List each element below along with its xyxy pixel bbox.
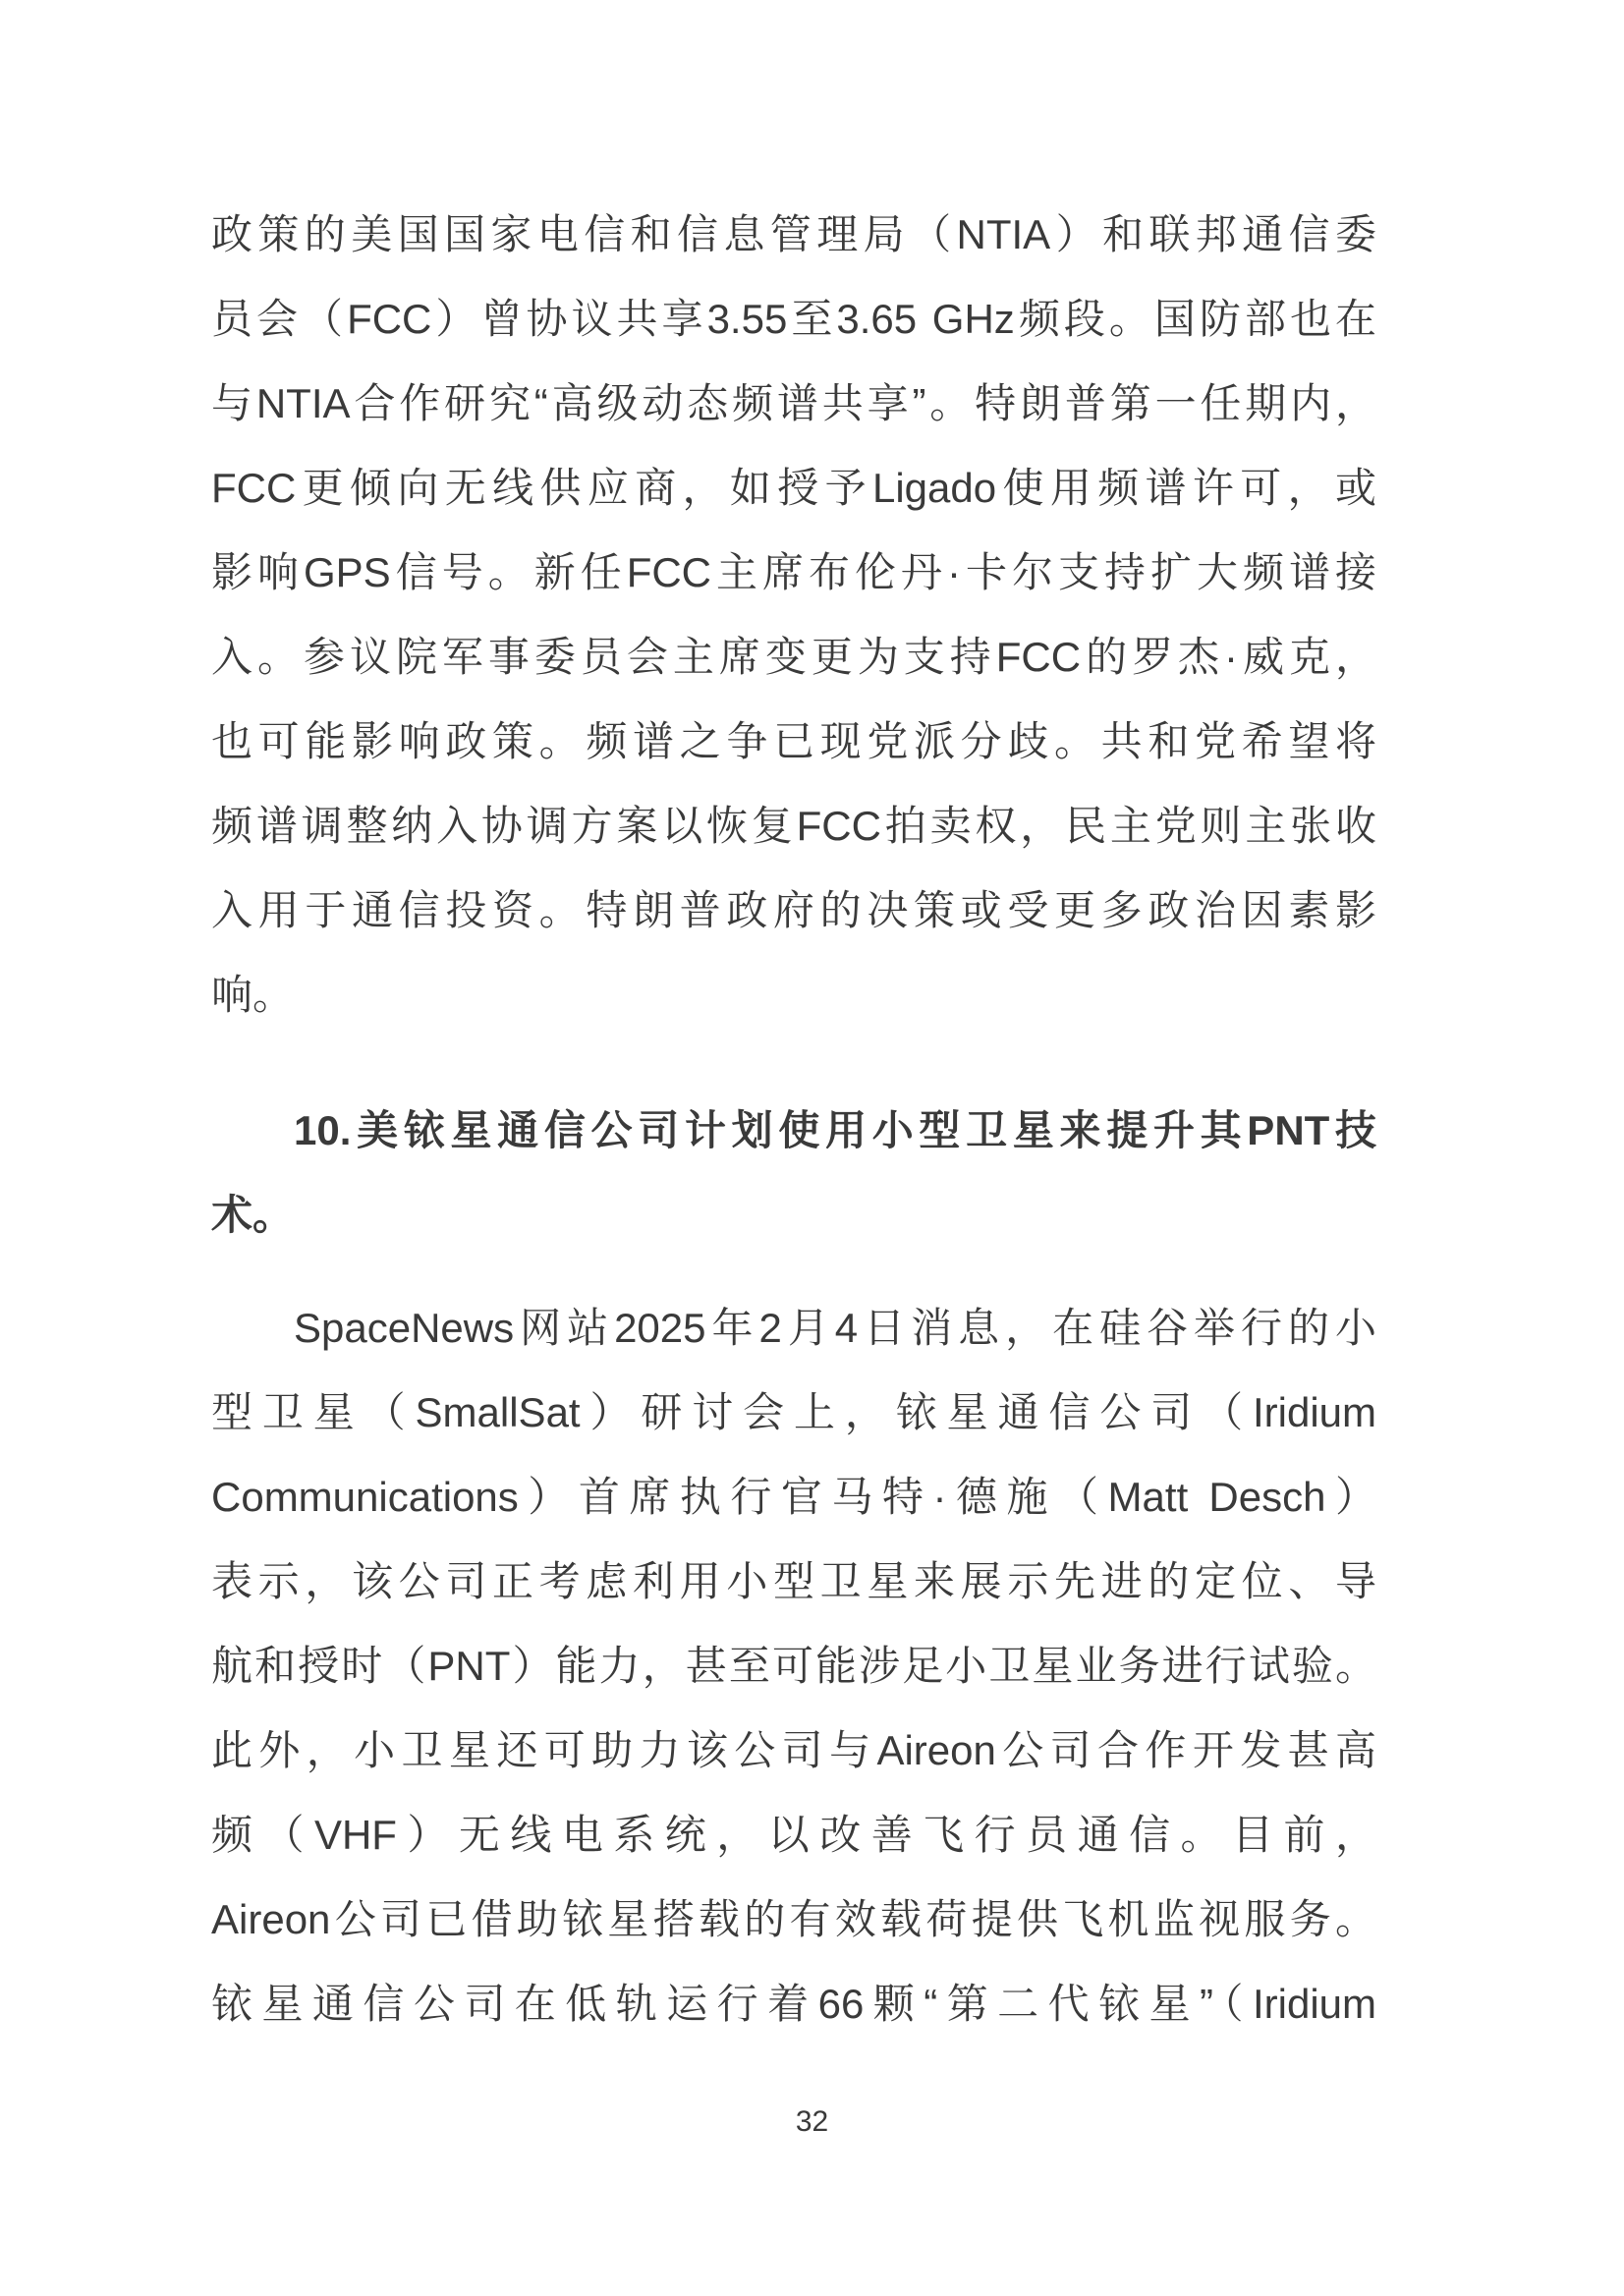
text-line: 型卫星（SmallSat）研讨会上，铱星通信公司（Iridium xyxy=(211,1371,1376,1455)
text-line: 响。 xyxy=(211,953,1376,1037)
text-line: SpaceNews网站2025年2月4日消息，在硅谷举行的小 xyxy=(211,1286,1376,1371)
paragraph-spectrum-policy: 政策的美国国家电信和信息管理局（NTIA）和联邦通信委员会（FCC）曾协议共享3… xyxy=(211,193,1376,1037)
text-line: Aireon公司已借助铱星搭载的有效载荷提供飞机监视服务。 xyxy=(211,1877,1376,1962)
text-line: 影响GPS信号。新任FCC主席布伦丹·卡尔支持扩大频谱接 xyxy=(211,531,1376,615)
text-line: 10.美铱星通信公司计划使用小型卫星来提升其PNT技 xyxy=(211,1089,1376,1173)
text-line: 术。 xyxy=(211,1173,1376,1258)
text-line: 入。参议院军事委员会主席变更为支持FCC的罗杰·威克， xyxy=(211,615,1376,700)
text-line: 航和授时（PNT）能力，甚至可能涉足小卫星业务进行试验。 xyxy=(211,1624,1376,1708)
text-line: 频谱调整纳入协调方案以恢复FCC拍卖权，民主党则主张收 xyxy=(211,784,1376,868)
document-page: 政策的美国国家电信和信息管理局（NTIA）和联邦通信委员会（FCC）曾协议共享3… xyxy=(0,0,1624,2296)
text-line: Communications）首席执行官马特·德施（Matt Desch） xyxy=(211,1455,1376,1540)
text-line: 员会（FCC）曾协议共享3.55至3.65 GHz频段。国防部也在 xyxy=(211,277,1376,362)
section-heading-item-10: 10.美铱星通信公司计划使用小型卫星来提升其PNT技术。 xyxy=(211,1089,1376,1258)
text-line: 频（VHF）无线电系统，以改善飞行员通信。目前， xyxy=(211,1793,1376,1877)
text-line: 入用于通信投资。特朗普政府的决策或受更多政治因素影 xyxy=(211,868,1376,953)
page-content: 政策的美国国家电信和信息管理局（NTIA）和联邦通信委员会（FCC）曾协议共享3… xyxy=(211,193,1376,2046)
text-line: 政策的美国国家电信和信息管理局（NTIA）和联邦通信委 xyxy=(211,193,1376,277)
text-line: 表示，该公司正考虑利用小型卫星来展示先进的定位、导 xyxy=(211,1540,1376,1624)
text-line: 也可能影响政策。频谱之争已现党派分歧。共和党希望将 xyxy=(211,700,1376,784)
text-line: 此外，小卫星还可助力该公司与Aireon公司合作开发甚高 xyxy=(211,1708,1376,1793)
text-line: FCC更倾向无线供应商，如授予Ligado使用频谱许可，或 xyxy=(211,446,1376,531)
text-line: 铱星通信公司在低轨运行着66颗“第二代铱星”（Iridium xyxy=(211,1962,1376,2046)
page-number: 32 xyxy=(0,2102,1624,2142)
text-line: 与NTIA合作研究“高级动态频谱共享”。特朗普第一任期内， xyxy=(211,362,1376,446)
paragraph-iridium-smallsat: SpaceNews网站2025年2月4日消息，在硅谷举行的小型卫星（SmallS… xyxy=(211,1286,1376,2046)
